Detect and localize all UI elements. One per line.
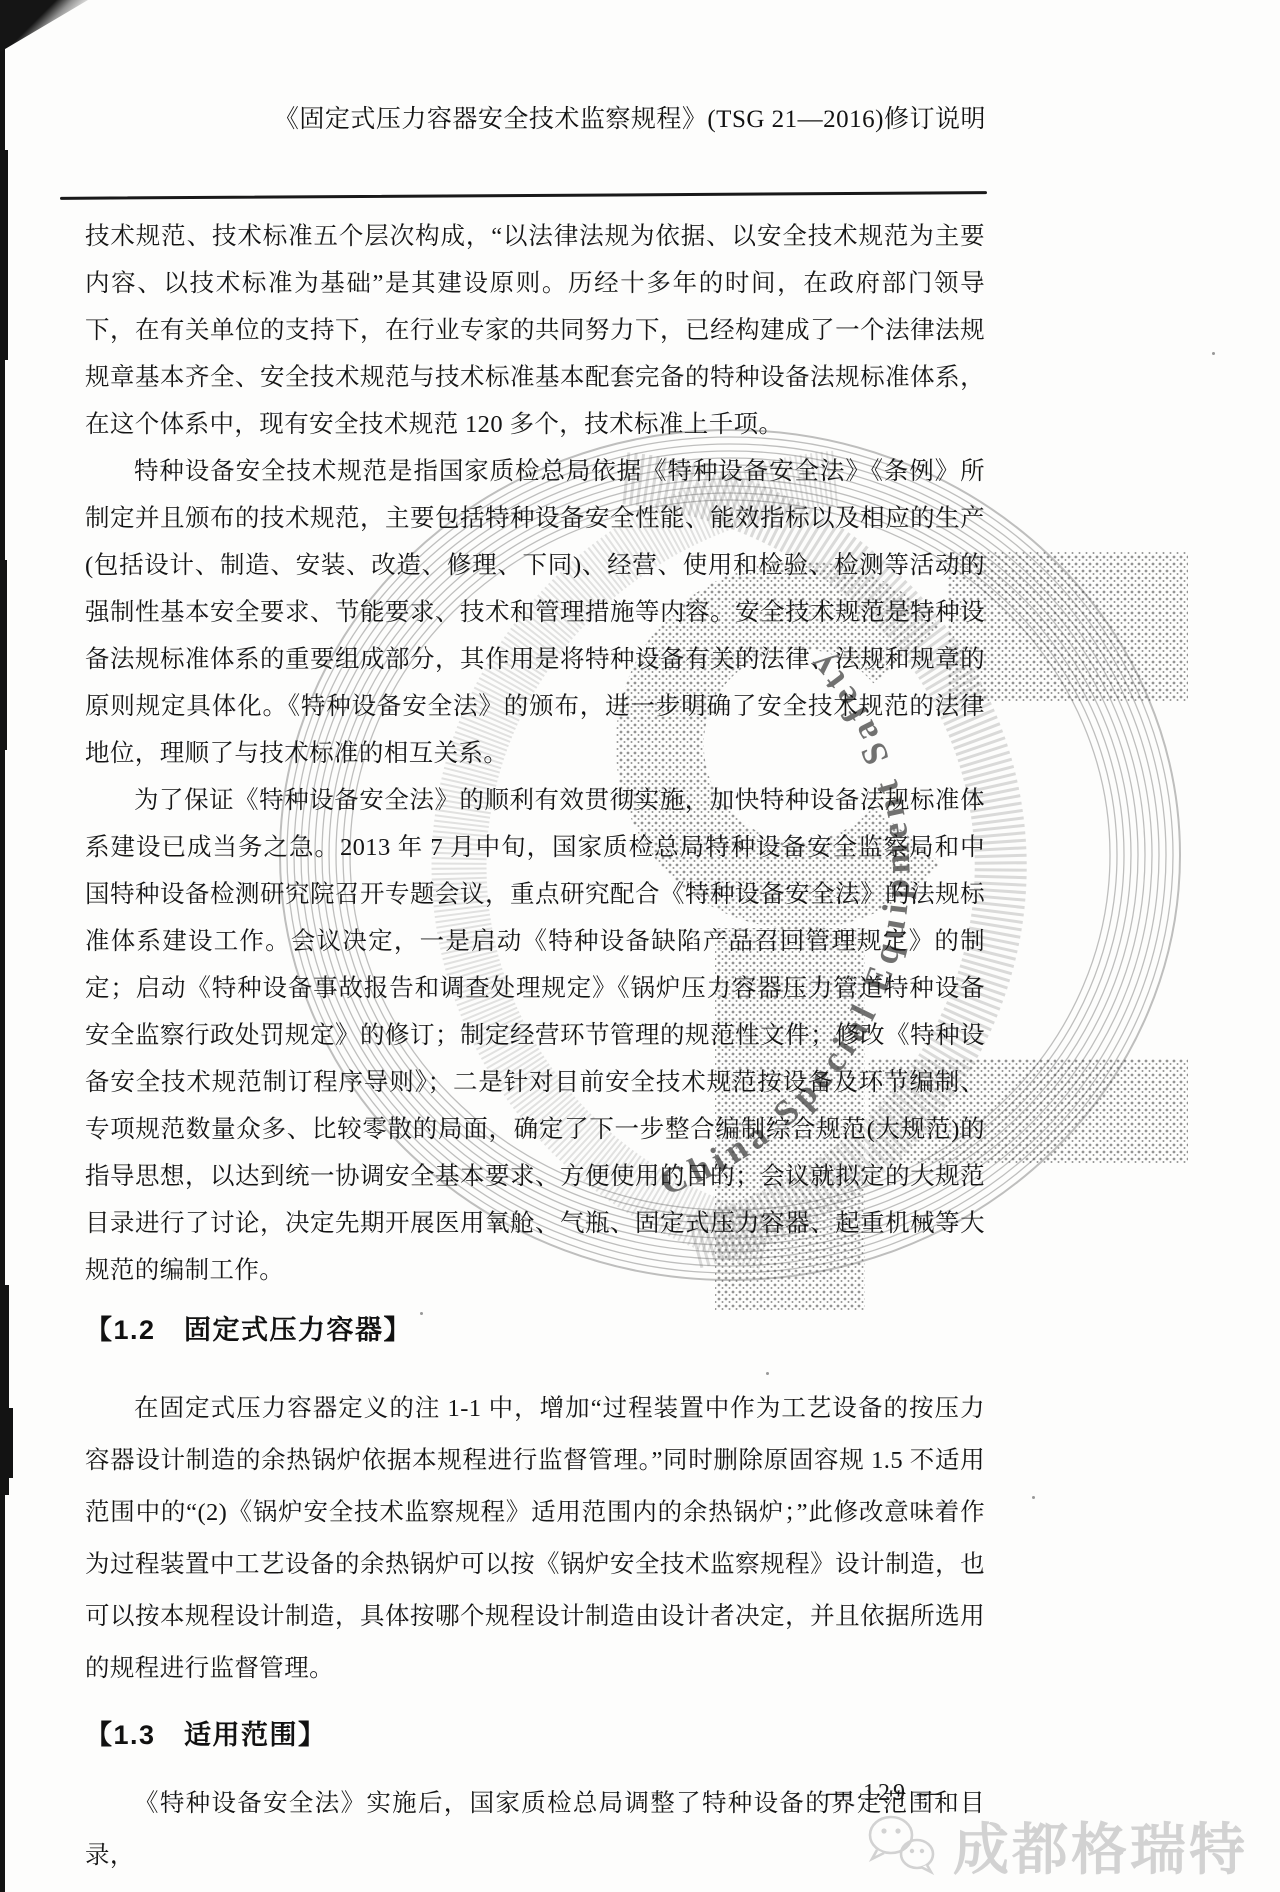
body-paragraph-1: 技术规范、技术标准五个层次构成，“以法律法规为依据、以安全技术规范为主要内容、以… [85, 192, 985, 448]
page-header-title: 《固定式压力容器安全技术监察规程》(TSG 21—2016)修订说明 [274, 99, 986, 135]
section-heading-1-2: 【1.2 固定式压力容器】 [85, 1308, 985, 1347]
body-paragraph-2: 特种设备安全技术规范是指国家质检总局依据《特种设备安全法》《条例》所制定并且颁布… [85, 448, 985, 777]
section-heading-1-3: 【1.3 适用范围】 [85, 1713, 985, 1752]
scan-noise-dot [1032, 1496, 1035, 1499]
wechat-icon [865, 1809, 939, 1883]
footer-watermark: 成都格瑞特 [865, 1806, 1248, 1886]
scan-blob-artifact [0, 560, 7, 750]
scan-blob-artifact [0, 150, 8, 360]
body-paragraph-3: 为了保证《特种设备安全法》的顺利有效贯彻实施，加快特种设备法规标准体系建设已成当… [85, 777, 985, 1294]
scan-blob-artifact [0, 1408, 13, 1478]
section-1-2-paragraph: 在固定式压力容器定义的注 1-1 中，增加“过程装置中作为工艺设备的按压力容器设… [85, 1383, 985, 1695]
scan-noise-dot [1212, 352, 1215, 355]
corner-speckle-artifact [0, 0, 88, 52]
footer-watermark-text: 成都格瑞特 [953, 1806, 1248, 1886]
section-1-3-paragraph: 《特种设备安全法》实施后，国家质检总局调整了特种设备的界定范围和目录， [85, 1778, 985, 1882]
document-body: 技术规范、技术标准五个层次构成，“以法律法规为依据、以安全技术规范为主要内容、以… [85, 192, 985, 1882]
scanned-document-page: China Special Equipment Safety 《固定式压力容器安… [0, 0, 1280, 1892]
